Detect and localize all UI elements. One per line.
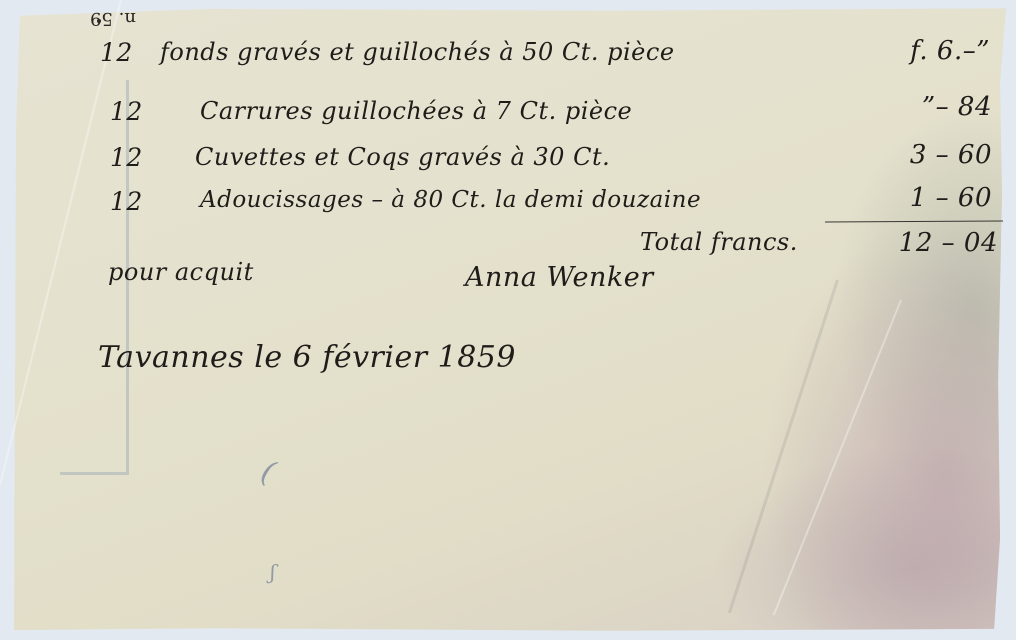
total-label: Total francs. bbox=[640, 228, 798, 256]
line-item-4-description: Adoucissages – à 80 Ct. la demi douzaine bbox=[200, 187, 701, 213]
scanned-document: ( ʃ n. 59 12 fonds gravés et guillochés … bbox=[0, 0, 1016, 640]
total-value: 12 – 04 bbox=[870, 228, 998, 258]
line-item-1-amount: f. 6.–” bbox=[880, 36, 990, 66]
place-date: Tavannes le 6 février 1859 bbox=[98, 340, 516, 375]
line-item-3-amount: 3 – 60 bbox=[880, 140, 992, 170]
line-item-3-qty: 12 bbox=[110, 143, 143, 172]
line-item-2-qty: 12 bbox=[110, 97, 143, 126]
acquittal-text: pour acquit bbox=[108, 258, 254, 286]
line-item-2-amount: ”– 84 bbox=[880, 92, 992, 122]
line-item-4-qty: 12 bbox=[110, 187, 143, 216]
signature: Anna Wenker bbox=[465, 262, 654, 293]
line-item-3-description: Cuvettes et Coqs gravés à 30 Ct. bbox=[195, 143, 610, 171]
line-item-1-qty: 12 bbox=[100, 38, 133, 67]
line-item-2-description: Carrures guillochées à 7 Ct. pièce bbox=[200, 97, 632, 125]
faint-ink-mark: ʃ bbox=[270, 560, 275, 584]
ink-dot bbox=[97, 19, 101, 23]
line-item-1-description: fonds gravés et guillochés à 50 Ct. pièc… bbox=[160, 38, 675, 66]
line-item-4-amount: 1 – 60 bbox=[880, 183, 992, 213]
